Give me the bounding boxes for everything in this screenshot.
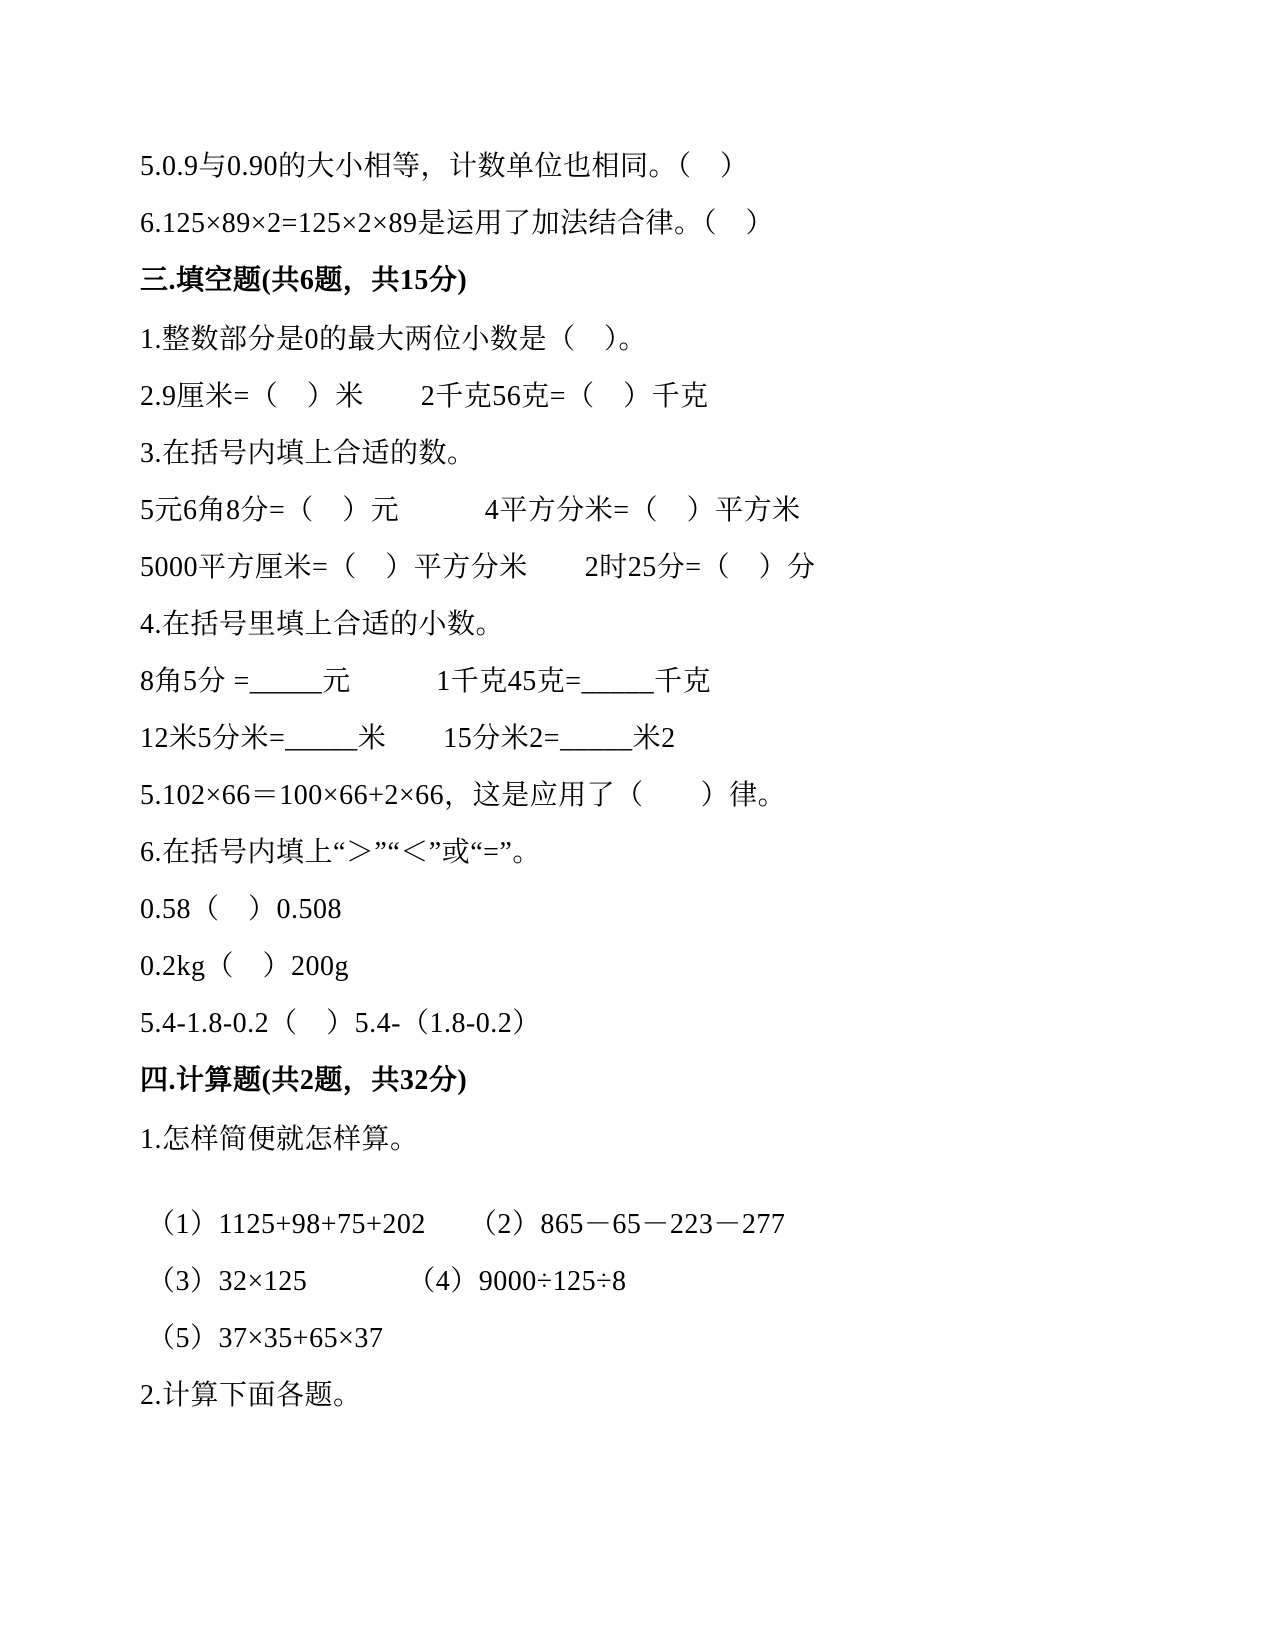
fill-question-2: 2.9厘米=（ ）米 2千克56克=（ ）千克 xyxy=(140,383,1185,411)
calc-section-title: 四.计算题(共2题，共32分) xyxy=(140,1067,1185,1095)
fill-question-6-row-1: 0.58（ ）0.508 xyxy=(140,896,1185,924)
fill-question-4: 4.在括号里填上合适的小数。 xyxy=(140,611,1185,639)
fill-question-6-row-2: 0.2kg（ ）200g xyxy=(140,953,1185,981)
calc-question-1: 1.怎样简便就怎样算。 xyxy=(140,1126,1185,1154)
fill-question-6-row-3: 5.4-1.8-0.2（ ）5.4-（1.8-0.2） xyxy=(140,1010,1185,1038)
fill-section-title: 三.填空题(共6题，共15分) xyxy=(140,267,1185,295)
fill-question-5: 5.102×66＝100×66+2×66，这是应用了（ ）律。 xyxy=(140,782,1185,810)
calc-question-1-row-3: （5）37×35+65×37 xyxy=(140,1325,1185,1353)
judge-question-6: 6.125×89×2=125×2×89是运用了加法结合律。（ ） xyxy=(140,210,1185,238)
fill-question-4-row-2: 12米5分米=_____米 15分米2=_____米2 xyxy=(140,725,1185,753)
fill-question-3-row-2: 5000平方厘米=（ ）平方分米 2时25分=（ ）分 xyxy=(140,554,1185,582)
fill-question-6: 6.在括号内填上“＞”“＜”或“=”。 xyxy=(140,839,1185,867)
fill-question-1: 1.整数部分是0的最大两位小数是（ ）。 xyxy=(140,326,1185,354)
judge-question-5: 5.0.9与0.90的大小相等，计数单位也相同。（ ） xyxy=(140,153,1185,181)
calc-question-1-row-2: （3）32×125 （4）9000÷125÷8 xyxy=(140,1268,1185,1296)
calc-question-2: 2.计算下面各题。 xyxy=(140,1382,1185,1410)
exam-content: 5.0.9与0.90的大小相等，计数单位也相同。（ ） 6.125×89×2=1… xyxy=(0,0,1275,1410)
calc-question-1-row-1: （1）1125+98+75+202 （2）865－65－223－277 xyxy=(140,1211,1185,1239)
fill-question-3: 3.在括号内填上合适的数。 xyxy=(140,440,1185,468)
fill-question-3-row-1: 5元6角8分=（ ）元 4平方分米=（ ）平方米 xyxy=(140,497,1185,525)
fill-question-4-row-1: 8角5分 =_____元 1千克45克=_____千克 xyxy=(140,668,1185,696)
document-page: 5.0.9与0.90的大小相等，计数单位也相同。（ ） 6.125×89×2=1… xyxy=(0,0,1275,1650)
